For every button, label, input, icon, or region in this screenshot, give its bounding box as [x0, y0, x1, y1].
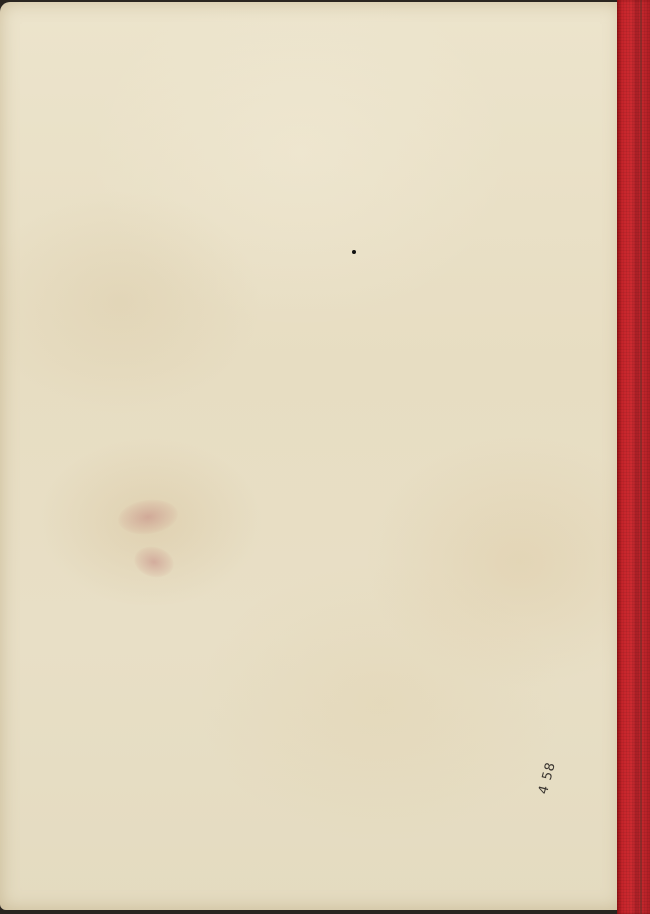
stain-mark: [131, 542, 177, 581]
spine-crease: [640, 0, 642, 914]
book-back-cover: 4 58: [0, 0, 650, 914]
cloth-spine: [617, 0, 650, 914]
cover-board: [0, 2, 622, 910]
ink-dot: [352, 250, 356, 254]
stain-mark: [116, 496, 180, 538]
